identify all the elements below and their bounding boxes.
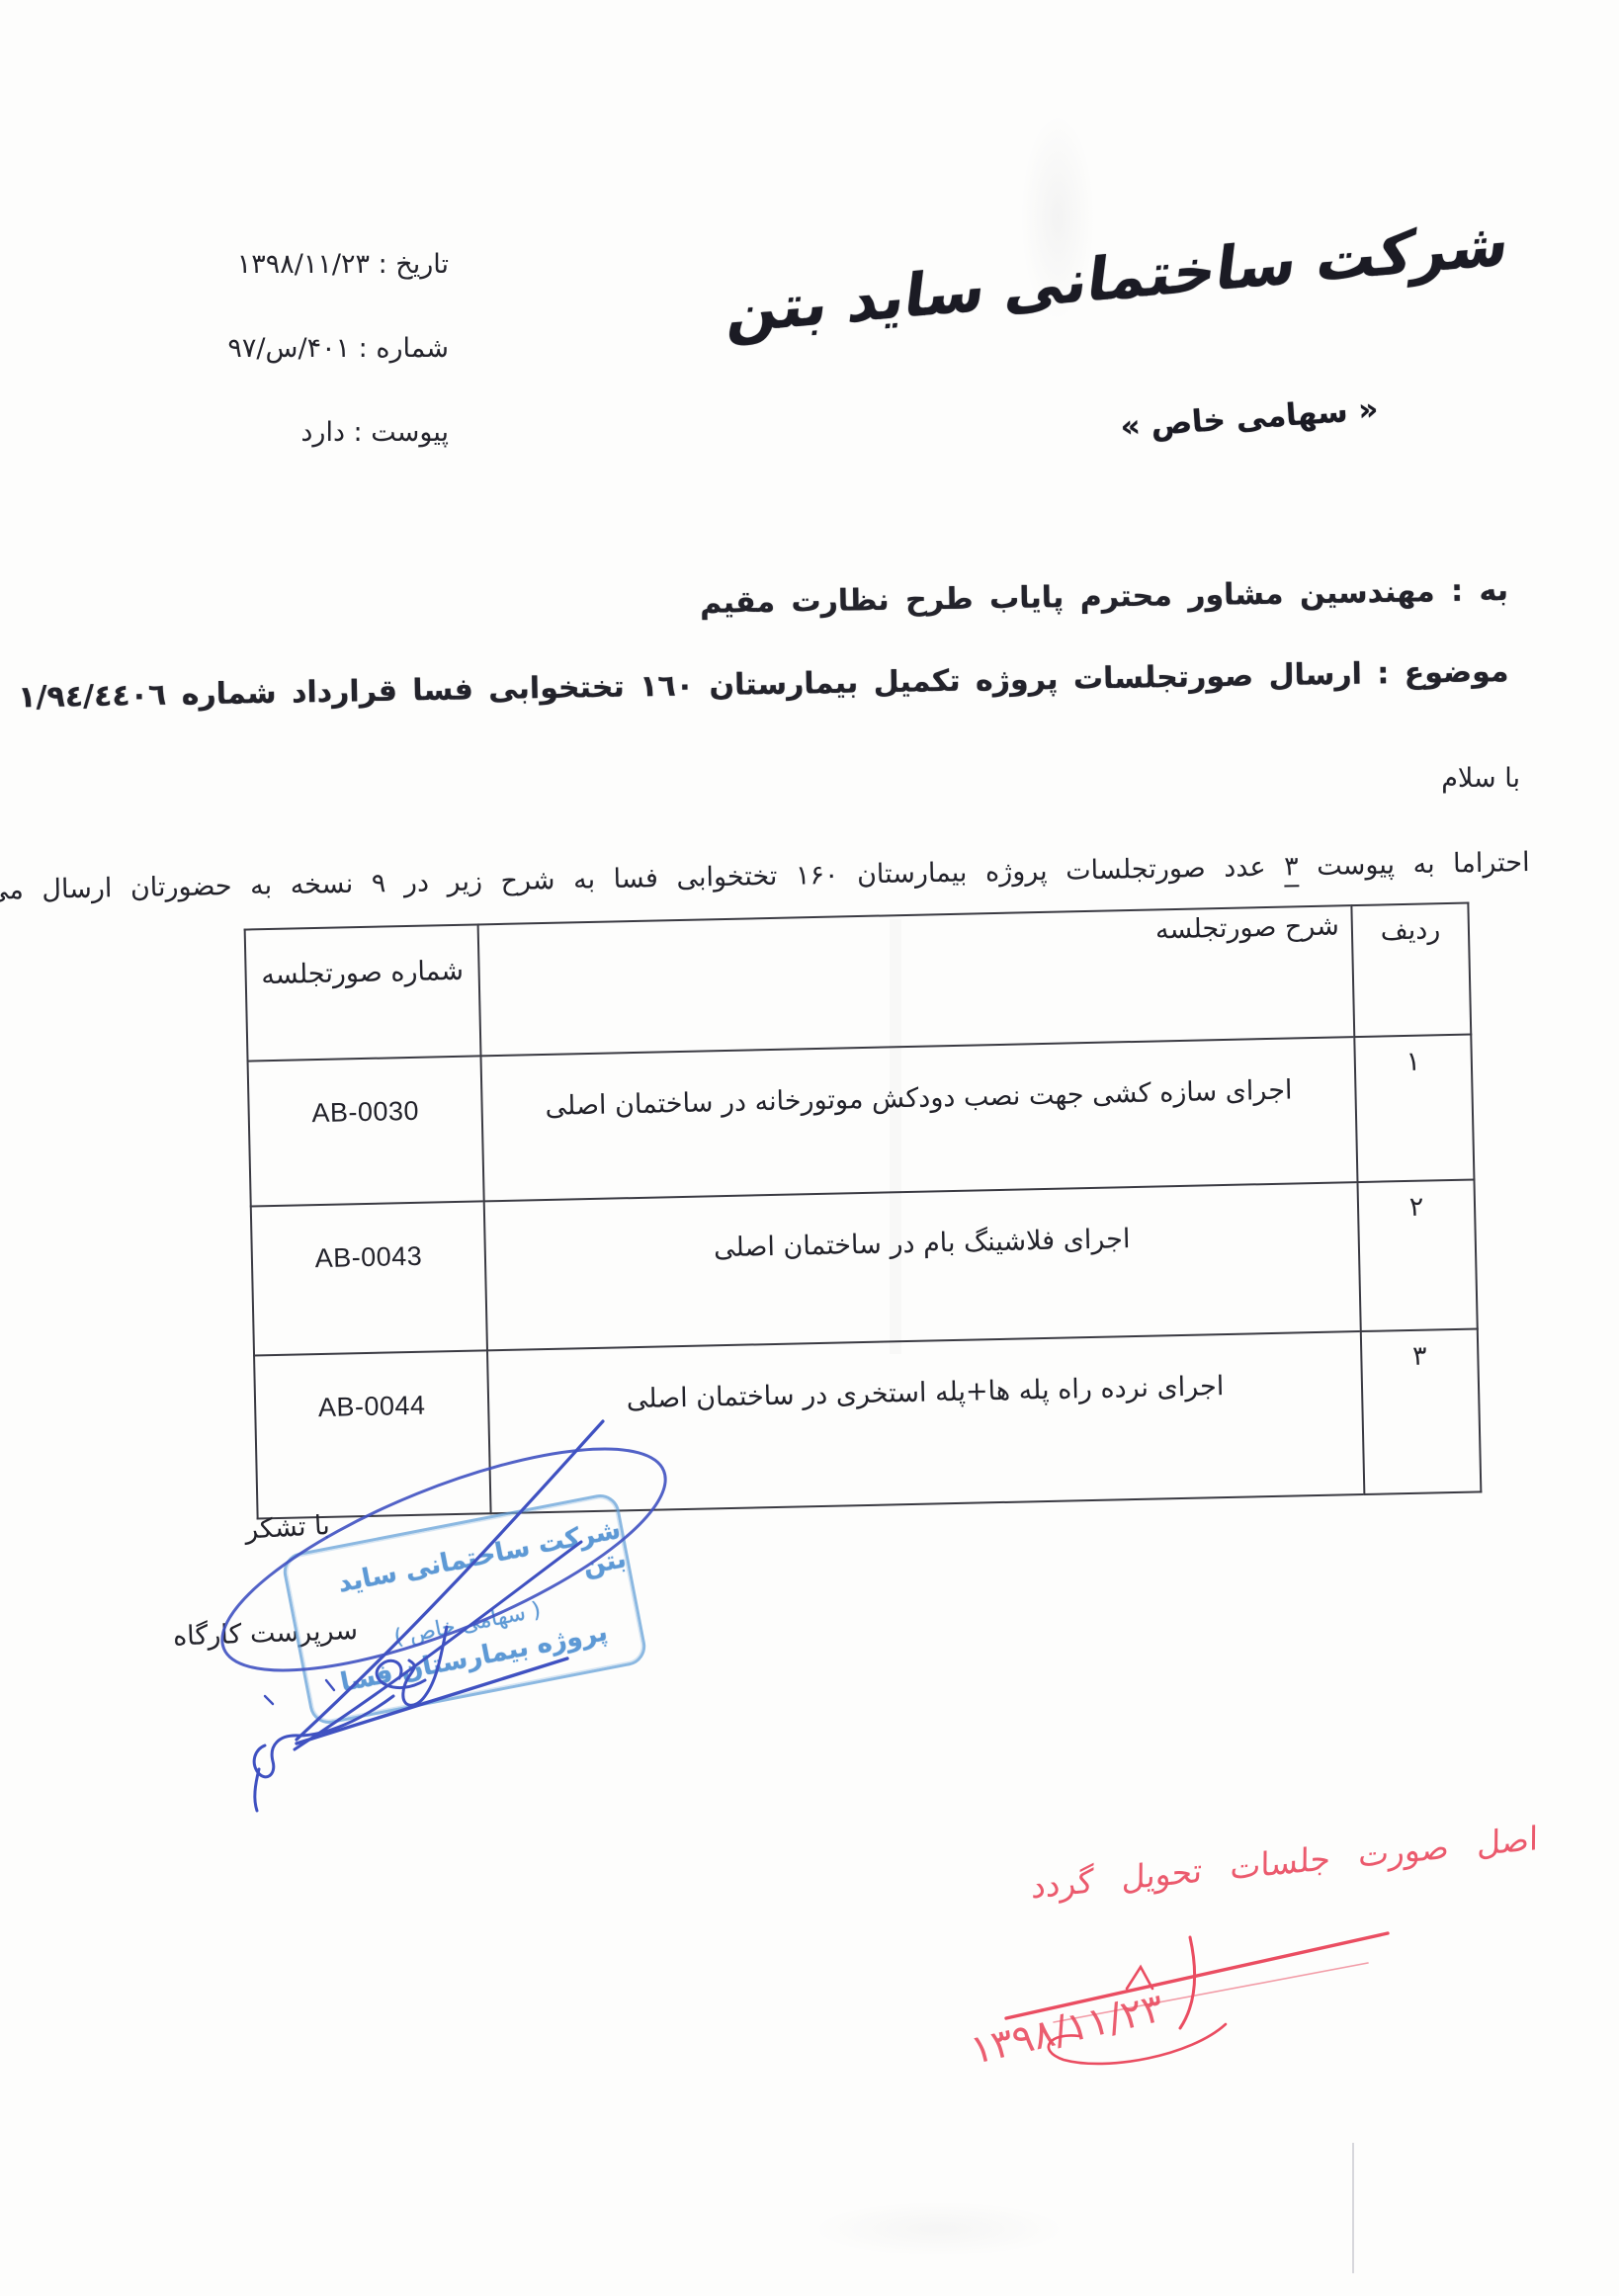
cell-minute-no: AB-0044 [254, 1350, 491, 1518]
minutes-table-wrapper: ردیف شرح صورتجلسه شماره صورتجلسه ۱ اجرای… [244, 902, 1483, 1520]
cell-description: اجرای فلاشینگ بام در ساختمان اصلی [484, 1182, 1361, 1350]
table-row: ۲ اجرای فلاشینگ بام در ساختمان اصلی AB-0… [251, 1180, 1478, 1356]
col-header-minute-no: شماره صورتجلسه [245, 924, 481, 1061]
table-header-row: ردیف شرح صورتجلسه شماره صورتجلسه [245, 903, 1472, 1062]
cell-description: اجرای سازه کشی جهت نصب دودکش موتورخانه د… [480, 1037, 1357, 1201]
scan-smudge [1008, 79, 1107, 356]
cell-row-no: ۳ [1361, 1328, 1482, 1494]
red-long-stroke [1006, 1933, 1388, 2018]
number-line: شماره : ۴۰۱/س/۹۷ [227, 335, 449, 362]
cell-row-no: ۱ [1354, 1035, 1474, 1183]
red-handwritten-date: ۱۳۹۸/۱۱/۲۳ [967, 1985, 1168, 2074]
minutes-table: ردیف شرح صورتجلسه شماره صورتجلسه ۱ اجرای… [244, 902, 1483, 1520]
company-calligraphy-logo: شرکت ساختمانی ساید بتن [724, 209, 1512, 347]
company-stamp: شرکت ساختمانی ساید بتن ( سهامی خاص ) پرو… [280, 1491, 648, 1728]
recipient-line: به : مهندسین مشاور محترم پایاب طرح نظارت… [700, 573, 1508, 621]
body-paragraph: احتراما به پیوست ۳ عدد صورتجلسات پروژه ب… [0, 847, 1530, 907]
attachment-line: پیوست : دارد [227, 419, 449, 446]
closing-thanks: با تشکر [245, 1510, 331, 1545]
attachment-count-underlined: ۳ [1284, 851, 1299, 887]
scanned-letter-page: شرکت ساختمانی ساید بتن « سهامی خاص » تار… [0, 0, 1619, 2296]
red-handwritten-note: اصل صورت جلسات تحویل گردد [1031, 1819, 1538, 1907]
col-header-description: شرح صورتجلسه [478, 905, 1355, 1056]
col-header-row-no: ردیف [1351, 903, 1471, 1038]
salutation: با سلام [1441, 763, 1520, 794]
scan-line-artifact [1352, 2143, 1354, 2273]
signature-scribble [255, 1769, 259, 1811]
cell-minute-no: AB-0030 [248, 1056, 484, 1206]
red-signature-descender [1180, 1937, 1195, 2028]
table-row: ۳ اجرای نرده راه پله ها+پله استخری در سا… [254, 1328, 1481, 1518]
letter-meta-block: تاریخ : ۱۳۹۸/۱۱/۲۳ شماره : ۴۰۱/س/۹۷ پیوس… [227, 251, 449, 503]
company-type-caption: « سهامی خاص » [1119, 391, 1379, 445]
scan-line-artifact [890, 919, 901, 1354]
subject-line: موضوع : ارسال صورتجلسات پروژه تکمیل بیما… [18, 654, 1509, 715]
red-small-mark [1127, 1967, 1152, 1989]
body-text-prefix: احتراما به پیوست [1299, 847, 1530, 882]
scan-smudge [781, 2194, 1097, 2263]
table-row: ۱ اجرای سازه کشی جهت نصب دودکش موتورخانه… [248, 1035, 1475, 1207]
cell-row-no: ۲ [1357, 1180, 1477, 1332]
cell-minute-no: AB-0043 [251, 1201, 487, 1355]
body-text-suffix: عدد صورتجلسات پروژه بیمارستان ۱۶۰ تختخوا… [0, 852, 1285, 908]
cell-description: اجرای نرده راه پله ها+پله استخری در ساخت… [487, 1331, 1364, 1513]
date-line: تاریخ : ۱۳۹۸/۱۱/۲۳ [227, 251, 449, 278]
